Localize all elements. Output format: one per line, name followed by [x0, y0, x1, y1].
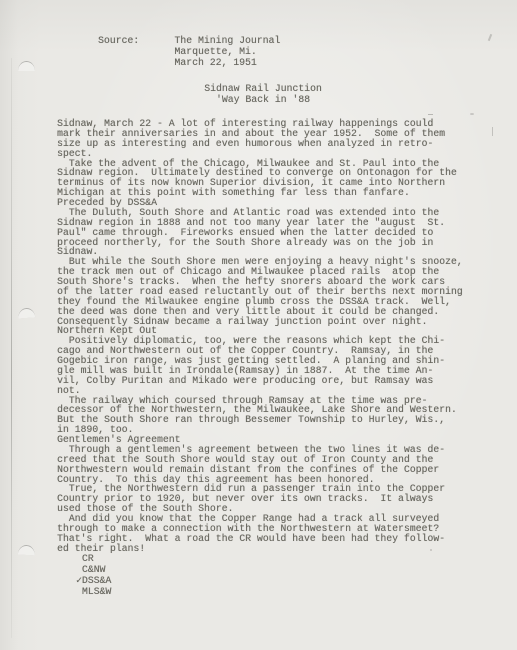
paper-edge-line — [11, 58, 12, 638]
article-body: Sidnaw, March 22 - A lot of interesting … — [57, 119, 463, 554]
article-title: Sidnaw Rail Junction 'Way Back in '88 — [57, 84, 469, 106]
scan-artifact — [428, 114, 433, 115]
punch-hole-top — [18, 61, 35, 71]
scan-artifact — [470, 113, 474, 115]
punch-hole-bottom — [18, 545, 36, 556]
scan-artifact — [488, 34, 492, 41]
railroad-abbreviation-list: CR C&NW ✓DSS&A MLS&W — [76, 554, 111, 598]
source-citation: Source: The Mining Journal Marquette, Mi… — [98, 36, 280, 69]
punch-hole-middle — [18, 307, 36, 318]
scanned-document-page: Source: The Mining Journal Marquette, Mi… — [0, 0, 517, 650]
scan-artifact — [492, 127, 493, 136]
